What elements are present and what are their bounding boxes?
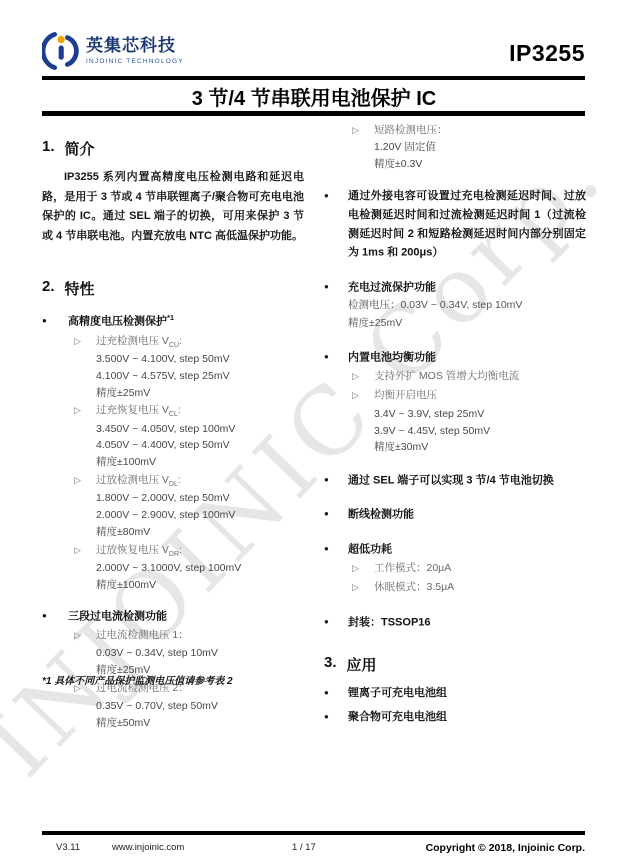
feature-group-title-text: 断线检测功能	[348, 509, 414, 521]
application-item: ● 聚合物可充电电池组	[324, 708, 586, 727]
feature-value-line: 3.4V ~ 3.9V, step 25mV	[374, 406, 586, 423]
feature-group-title: 通过 SEL 端子可以实现 3 节/4 节电池切换	[348, 471, 586, 490]
feature-item-label-tail: :	[179, 544, 182, 556]
feature-value-line: 精度±50mV	[96, 715, 304, 732]
bullet-icon: ●	[42, 312, 68, 331]
feature-item-head: ▷ 过充检测电压 VCU:	[74, 333, 304, 351]
feature-item-head: ▷ 过放检测电压 VDL:	[74, 472, 304, 490]
feature-item: ▷ 休眠模式：3.5μA	[324, 579, 586, 597]
section-heading-intro: 1. 简介	[42, 138, 304, 159]
bullet-icon: ●	[324, 187, 348, 262]
feature-group-title: 通过外接电容可设置过充电检测延迟时间、过放电检测延迟时间和过流检测延迟时间 1（…	[348, 187, 586, 262]
document-title: 3 节/4 节串联用电池保护 IC	[0, 82, 628, 111]
feature-item-list: ▷ 工作模式：20μA ▷ 休眠模式：3.5μA	[324, 560, 586, 598]
feature-value-line: 3.500V ~ 4.100V, step 50mV	[96, 351, 304, 368]
section-number: 2.	[42, 278, 55, 299]
feature-group-title-row: ● 高精度电压检测保护*1	[42, 312, 304, 331]
feature-group-title-text: 封装：TSSOP16	[348, 616, 431, 628]
feature-value-line: 0.03V ~ 0.34V, step 10mV	[96, 645, 304, 662]
feature-group-title-row: ● 封装：TSSOP16	[324, 613, 586, 632]
feature-item-label: 过放恢复电压 VDR:	[96, 542, 182, 560]
feature-group: ● 通过外接电容可设置过充电检测延迟时间、过放电检测延迟时间和过流检测延迟时间 …	[324, 187, 586, 262]
feature-item-head: ▷ 休眠模式：3.5μA	[352, 579, 586, 597]
feature-item-label-text: 过放检测电压 V	[96, 474, 169, 486]
bullet-icon: ●	[324, 278, 348, 297]
feature-value-line: 1.800V ~ 2.000V, step 50mV	[96, 490, 304, 507]
website-link[interactable]: www.injoinic.com	[112, 842, 184, 853]
page-header: 英集芯科技 INJOINIC TECHNOLOGY IP3255	[42, 0, 585, 76]
voltage-subscript: CL	[169, 411, 178, 418]
feature-item-head: ▷ 短路检测电压：	[352, 122, 586, 139]
feature-plain-lines: 检测电压：0.03V ~ 0.34V, step 10mV精度±25mV	[324, 297, 586, 333]
section-heading-features: 2. 特性	[42, 278, 304, 299]
feature-group-title-row: ● 通过 SEL 端子可以实现 3 节/4 节电池切换	[324, 471, 586, 490]
voltage-subscript: DR	[169, 551, 179, 558]
voltage-subscript: CU	[169, 342, 179, 349]
feature-item: ▷ 均衡开启电压 3.4V ~ 3.9V, step 25mV3.9V ~ 4.…	[324, 387, 586, 456]
feature-item-label: 过放检测电压 VDL:	[96, 472, 181, 490]
feature-item-label: 均衡开启电压	[374, 387, 437, 405]
feature-group: ● 内置电池均衡功能 ▷ 支持外扩 MOS 管增大均衡电流	[324, 348, 586, 456]
feature-item-head: ▷ 工作模式：20μA	[352, 560, 586, 578]
feature-group-title-row: ● 超低功耗	[324, 540, 586, 559]
bullet-icon: ●	[324, 471, 348, 490]
page-number: 1 / 17	[292, 842, 316, 853]
feature-item-label-tail: :	[178, 474, 181, 486]
feature-value-line: 精度±100mV	[96, 577, 304, 594]
feature-group: ● 封装：TSSOP16	[324, 613, 586, 632]
feature-item-label: 过电流检测电压 1：	[96, 627, 189, 645]
feature-item-label: 过充检测电压 VCU:	[96, 333, 182, 351]
arrow-icon: ▷	[74, 627, 96, 645]
bullet-icon: ●	[324, 348, 348, 367]
feature-group-title-text: 通过外接电容可设置过充电检测延迟时间、过放电检测延迟时间和过流检测延迟时间 1（…	[348, 190, 586, 259]
feature-item-head: ▷ 过电流检测电压 1：	[74, 627, 304, 645]
feature-item-label-tail: :	[179, 335, 182, 347]
feature-item-list: ▷ 支持外扩 MOS 管增大均衡电流 ▷ 均衡开启电压	[324, 368, 586, 456]
feature-item-label-text: 均衡开启电压	[374, 389, 437, 401]
left-column: 1. 简介 IP3255 系列内置高精度电压检测电路和延迟电路，是用于 3 节或…	[42, 122, 304, 732]
feature-item-head: ▷ 均衡开启电压	[352, 387, 586, 405]
feature-value-line: 2.000V ~ 2.900V, step 100mV	[96, 507, 304, 524]
feature-item-label: 支持外扩 MOS 管增大均衡电流	[374, 368, 519, 386]
feature-value-line: 精度±0.3V	[374, 156, 586, 173]
section-title: 特性	[65, 278, 95, 299]
section-number: 1.	[42, 138, 55, 159]
bullet-icon: ●	[324, 505, 348, 524]
feature-group-title-text: 充电过流保护功能	[348, 281, 436, 293]
feature-value-line: 3.9V ~ 4.45V, step 50mV	[374, 423, 586, 440]
header-rule-bottom	[42, 111, 585, 116]
feature-item: ▷ 过放检测电压 VDL: 1.800V ~ 2.000V, step 50mV…	[42, 472, 304, 541]
feature-item-label-text: 过放恢复电压 V	[96, 544, 169, 556]
section-title: 简介	[65, 138, 95, 159]
feature-item-label: 短路检测电压：	[374, 122, 448, 139]
feature-group-title: 充电过流保护功能	[348, 278, 586, 297]
feature-item: ▷ 过充恢复电压 VCL: 3.450V ~ 4.050V, step 100m…	[42, 402, 304, 471]
feature-group-title: 断线检测功能	[348, 505, 586, 524]
feature-item-label: 休眠模式：3.5μA	[374, 579, 454, 597]
feature-group: ● 通过 SEL 端子可以实现 3 节/4 节电池切换	[324, 471, 586, 490]
application-item-text: 锂离子可充电电池组	[348, 684, 586, 703]
footnote: *1 具体不同产品保护监测电压值请参考表 2	[42, 672, 233, 687]
feature-item: ▷ 过充检测电压 VCU: 3.500V ~ 4.100V, step 50mV…	[42, 333, 304, 402]
arrow-icon: ▷	[74, 402, 96, 420]
feature-value-line: 0.35V ~ 0.70V, step 50mV	[96, 698, 304, 715]
feature-group-title-row: ● 充电过流保护功能	[324, 278, 586, 297]
feature-item-label-text: 过充检测电压 V	[96, 335, 169, 347]
feature-item: ▷ 支持外扩 MOS 管增大均衡电流	[324, 368, 586, 386]
arrow-icon: ▷	[74, 472, 96, 490]
application-item-text: 聚合物可充电电池组	[348, 708, 586, 727]
feature-item-label-text: 工作模式：20μA	[374, 562, 451, 574]
feature-value-line: 4.050V ~ 4.400V, step 50mV	[96, 437, 304, 454]
arrow-icon: ▷	[74, 542, 96, 560]
arrow-icon: ▷	[74, 333, 96, 351]
feature-value-line: 3.450V ~ 4.050V, step 100mV	[96, 421, 304, 438]
section-number: 3.	[324, 654, 337, 675]
arrow-icon: ▷	[352, 122, 374, 139]
feature-value-lines: 3.450V ~ 4.050V, step 100mV4.050V ~ 4.40…	[74, 421, 304, 471]
feature-value-lines: 2.000V ~ 3.1000V, step 100mV精度±100mV	[74, 560, 304, 594]
feature-group-title-text: 通过 SEL 端子可以实现 3 节/4 节电池切换	[348, 475, 554, 487]
bullet-icon: ●	[42, 607, 68, 626]
part-number: IP3255	[509, 40, 585, 67]
feature-group-title: 超低功耗	[348, 540, 586, 559]
arrow-icon: ▷	[352, 579, 374, 597]
feature-group-title-text: 三段过电流检测功能	[68, 610, 167, 622]
feature-group-title-text: 内置电池均衡功能	[348, 351, 436, 363]
feature-item-head: ▷ 支持外扩 MOS 管增大均衡电流	[352, 368, 586, 386]
doc-version: V3.11	[56, 842, 80, 853]
bullet-icon: ●	[324, 708, 348, 727]
feature-group: ● 三段过电流检测功能 ▷ 过电流检测电压 1：	[42, 607, 304, 732]
company-logo: 英集芯科技 INJOINIC TECHNOLOGY	[42, 32, 184, 70]
logo-icon	[42, 32, 80, 70]
copyright-text: Copyright © 2018, Injoinic Corp.	[426, 842, 585, 854]
feature-item: ▷ 过放恢复电压 VDR: 2.000V ~ 3.1000V, step 100…	[42, 542, 304, 594]
feature-group: ● 高精度电压检测保护*1 ▷ 过充检测电压 VCU:	[42, 312, 304, 593]
application-item: ● 锂离子可充电电池组	[324, 684, 586, 703]
page-footer: V3.11 www.injoinic.com 1 / 17 Copyright …	[42, 840, 585, 856]
feature-item-head: ▷ 过充恢复电压 VCL:	[74, 402, 304, 420]
feature-value-line: 精度±25mV	[96, 385, 304, 402]
feature-group: ● 断线检测功能	[324, 505, 586, 524]
voltage-subscript: DL	[169, 481, 178, 488]
feature-item-label-text: 过充恢复电压 V	[96, 404, 169, 416]
feature-group: ● 充电过流保护功能 检测电压：0.03V ~ 0.34V, step 10mV…	[324, 278, 586, 333]
features-left-list: ● 高精度电压检测保护*1 ▷ 过充检测电压 VCU:	[42, 312, 304, 731]
intro-paragraph: IP3255 系列内置高精度电压检测电路和延迟电路，是用于 3 节或 4 节串联…	[42, 168, 304, 246]
arrow-icon: ▷	[352, 387, 374, 405]
feature-group-title: 三段过电流检测功能	[68, 607, 304, 626]
feature-group-title-text: 超低功耗	[348, 543, 392, 555]
feature-group-title: 内置电池均衡功能	[348, 348, 586, 367]
feature-item-label: 过充恢复电压 VCL:	[96, 402, 181, 420]
feature-group-title-text: 高精度电压检测保护	[68, 316, 167, 328]
section-heading-applications: 3. 应用	[324, 654, 586, 675]
feature-value-line: 精度±30mV	[374, 439, 586, 456]
header-rule-top	[42, 76, 585, 80]
feature-item: ▷ 过电流检测电压 1： 0.03V ~ 0.34V, step 10mV精度±…	[42, 627, 304, 679]
company-name-cn: 英集芯科技	[86, 37, 184, 56]
feature-group-title: 高精度电压检测保护*1	[68, 312, 304, 331]
feature-value-line: 精度±80mV	[96, 524, 304, 541]
feature-group-title-row: ● 通过外接电容可设置过充电检测延迟时间、过放电检测延迟时间和过流检测延迟时间 …	[324, 187, 586, 262]
feature-value-lines: 1.20V 固定值精度±0.3V	[352, 139, 586, 173]
feature-item-label-text: 过电流检测电压 1：	[96, 629, 189, 641]
feature-line: 检测电压：0.03V ~ 0.34V, step 10mV	[348, 297, 586, 315]
bullet-icon: ●	[324, 613, 348, 632]
feature-item-label-text: 休眠模式：3.5μA	[374, 581, 454, 593]
feature-value-line: 2.000V ~ 3.1000V, step 100mV	[96, 560, 304, 577]
feature-value-line: 精度±100mV	[96, 454, 304, 471]
feature-value-lines: 1.800V ~ 2.000V, step 50mV2.000V ~ 2.900…	[74, 490, 304, 540]
applications-list: ● 锂离子可充电电池组 ● 聚合物可充电电池组	[324, 684, 586, 726]
feature-value-line: 1.20V 固定值	[374, 139, 586, 156]
features-right-list: ● 通过外接电容可设置过充电检测延迟时间、过放电检测延迟时间和过流检测延迟时间 …	[324, 187, 586, 632]
application-item-row: ● 聚合物可充电电池组	[324, 708, 586, 727]
feature-value-lines: 3.4V ~ 3.9V, step 25mV3.9V ~ 4.45V, step…	[352, 406, 586, 456]
feature-group: ● 超低功耗 ▷ 工作模式：20μA	[324, 540, 586, 598]
feature-value-lines: 3.500V ~ 4.100V, step 50mV4.100V ~ 4.575…	[74, 351, 304, 401]
bullet-icon: ●	[324, 540, 348, 559]
arrow-icon: ▷	[352, 368, 374, 386]
feature-item: ▷ 工作模式：20μA	[324, 560, 586, 578]
feature-item-label: 工作模式：20μA	[374, 560, 451, 578]
feature-item-label-tail: :	[178, 404, 181, 416]
page: 英集芯科技 INJOINIC TECHNOLOGY IP3255 3 节/4 节…	[0, 0, 628, 860]
feature-group-title-row: ● 断线检测功能	[324, 505, 586, 524]
section-title: 应用	[347, 654, 377, 675]
bullet-icon: ●	[324, 684, 348, 703]
feature-line: 精度±25mV	[348, 315, 586, 333]
feature-item-head: ▷ 过放恢复电压 VDR:	[74, 542, 304, 560]
feature-value-lines: 0.35V ~ 0.70V, step 50mV精度±50mV	[74, 698, 304, 732]
logo-text: 英集芯科技 INJOINIC TECHNOLOGY	[86, 37, 184, 65]
feature-group-title: 封装：TSSOP16	[348, 613, 586, 632]
company-name-en: INJOINIC TECHNOLOGY	[86, 58, 184, 65]
right-column: ▷ 短路检测电压： 1.20V 固定值精度±0.3V ● 通过外接电容可设置过充…	[324, 118, 586, 726]
feature-item: ▷ 过电流检测电压 2： 0.35V ~ 0.70V, step 50mV精度±…	[42, 680, 304, 732]
feature-item-label-text: 支持外扩 MOS 管增大均衡电流	[374, 370, 519, 382]
feature-group-title-row: ● 内置电池均衡功能	[324, 348, 586, 367]
feature-item: ▷ 短路检测电压： 1.20V 固定值精度±0.3V	[324, 122, 586, 172]
feature-group-title-row: ● 三段过电流检测功能	[42, 607, 304, 626]
application-item-row: ● 锂离子可充电电池组	[324, 684, 586, 703]
footer-rule	[42, 831, 585, 835]
arrow-icon: ▷	[352, 560, 374, 578]
feature-value-line: 4.100V ~ 4.575V, step 25mV	[96, 368, 304, 385]
feature-item-list: ▷ 过充检测电压 VCU: 3.500V ~ 4.100V, step 50mV…	[42, 333, 304, 594]
footnote-marker: *1	[167, 313, 174, 322]
